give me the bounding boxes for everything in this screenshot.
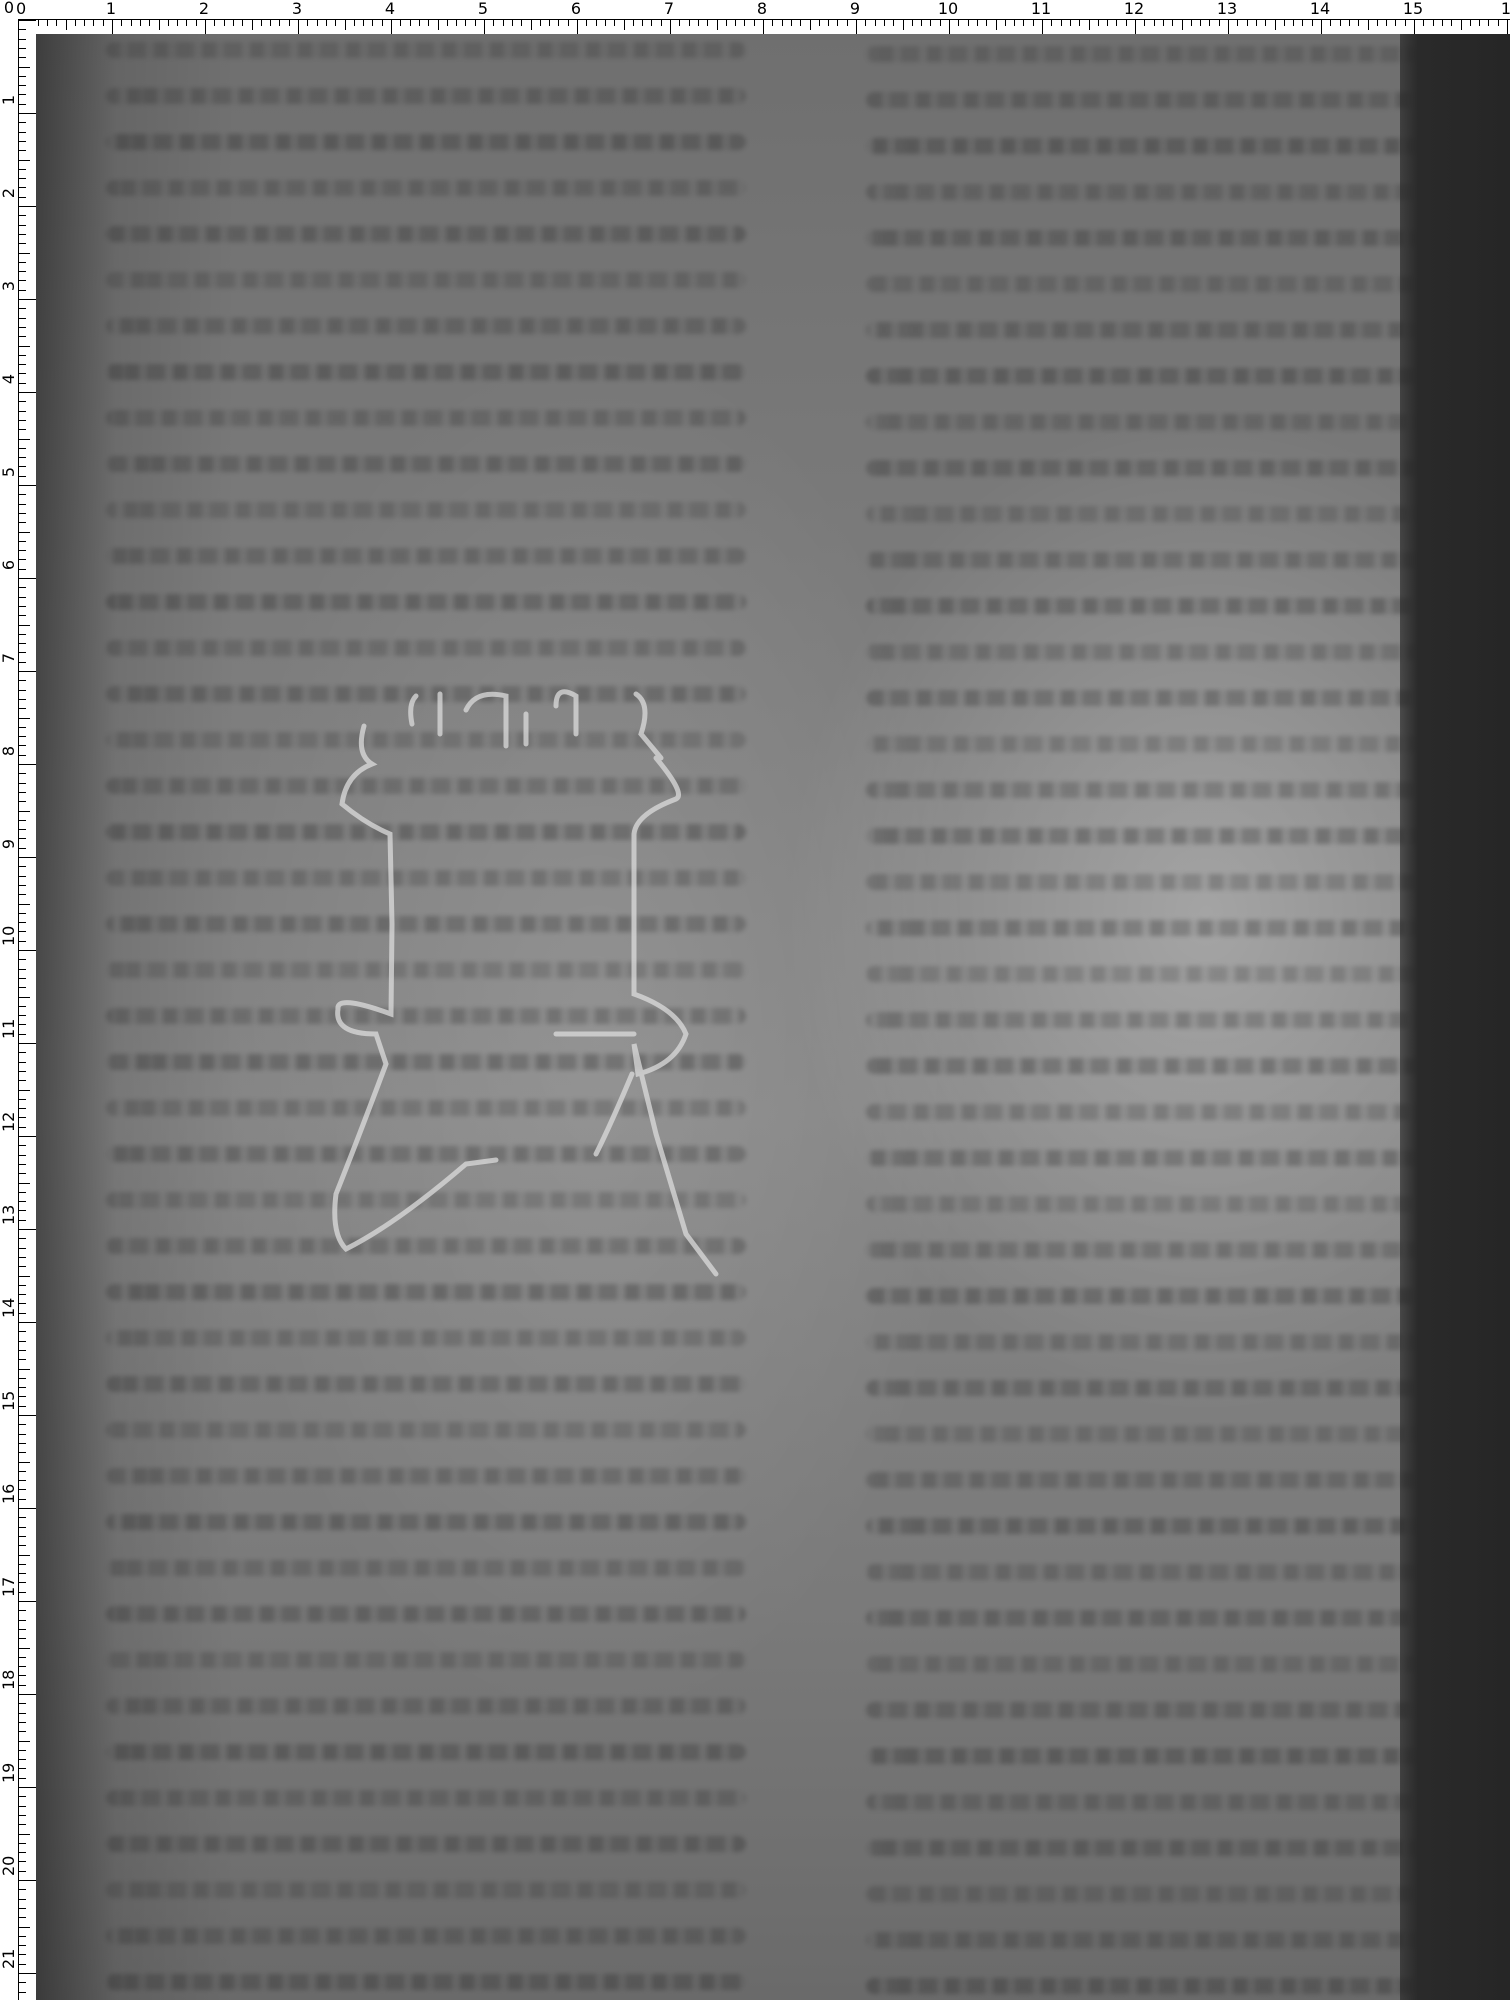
script-line — [106, 732, 746, 748]
script-line — [866, 828, 1426, 844]
ruler-tick — [19, 1750, 26, 1751]
ruler-tick — [19, 1145, 26, 1146]
ruler-tick — [19, 364, 26, 365]
ruler-tick — [19, 820, 26, 821]
ruler-tick — [1293, 20, 1294, 26]
ruler-tick — [19, 1601, 36, 1602]
ruler-tick — [19, 727, 26, 728]
script-line — [866, 322, 1426, 338]
ruler-tick — [19, 1666, 26, 1667]
ruler-tick — [19, 1536, 26, 1537]
ruler-tick — [837, 20, 838, 26]
ruler-tick — [949, 20, 950, 35]
ruler-label: 4 — [1, 370, 17, 388]
ruler-tick — [19, 745, 26, 746]
ruler-tick — [19, 1917, 26, 1918]
ruler-tick — [19, 1471, 26, 1472]
script-line — [106, 1560, 746, 1576]
ruler-tick — [121, 20, 122, 26]
ruler-tick — [19, 1192, 26, 1193]
ruler-tick — [810, 20, 811, 30]
ruler-tick — [19, 1117, 26, 1118]
ruler-tick — [19, 801, 26, 802]
ruler-tick — [19, 1331, 26, 1332]
ruler-tick — [19, 1973, 36, 1974]
ruler-tick — [19, 215, 26, 216]
ruler-tick — [19, 271, 26, 272]
ruler-tick — [19, 1462, 30, 1463]
ruler-tick — [19, 476, 26, 477]
script-line — [866, 1840, 1426, 1856]
ruler-tick — [1405, 20, 1406, 26]
ruler-tick — [19, 541, 26, 542]
ruler-tick — [19, 615, 26, 616]
ruler-tick — [735, 20, 736, 26]
script-line — [866, 460, 1426, 476]
ruler-label: 9 — [850, 0, 860, 18]
ruler-tick — [19, 941, 26, 942]
ruler-tick — [19, 857, 36, 858]
manuscript-scan — [36, 34, 1510, 2000]
ruler-tick — [689, 20, 690, 26]
ruler-tick — [19, 485, 36, 486]
script-line — [106, 134, 746, 150]
ruler-tick — [19, 1006, 26, 1007]
ruler-tick — [19, 922, 26, 923]
ruler-tick — [1433, 20, 1434, 26]
ruler-tick — [19, 383, 26, 384]
ruler-tick — [93, 20, 94, 26]
script-line — [106, 318, 746, 334]
ruler-tick — [19, 838, 26, 839]
ruler-label: 2 — [1, 184, 17, 202]
ruler-label: 5 — [1, 463, 17, 481]
ruler-tick — [19, 336, 26, 337]
script-line — [106, 870, 746, 886]
ruler-tick — [19, 1759, 26, 1760]
ruler-tick — [19, 1127, 26, 1128]
ruler-tick — [912, 20, 913, 26]
ruler-tick — [19, 1880, 36, 1881]
ruler-tick — [177, 20, 178, 26]
ruler-tick — [447, 20, 448, 26]
script-line — [106, 456, 746, 472]
ruler-tick — [1191, 20, 1192, 26]
script-line — [106, 364, 746, 380]
ruler-tick — [112, 20, 113, 35]
script-line — [106, 686, 746, 702]
ruler-tick — [568, 20, 569, 26]
ruler-tick — [363, 20, 364, 26]
ruler-label: 12 — [1, 1114, 17, 1132]
ruler-tick — [977, 20, 978, 26]
ruler-tick — [19, 1024, 26, 1025]
ruler-tick — [410, 20, 411, 26]
script-line — [106, 1376, 746, 1392]
ruler-label: 1 — [106, 0, 116, 18]
ruler-tick — [19, 718, 30, 719]
script-line — [866, 1196, 1426, 1212]
ruler-tick — [103, 20, 104, 26]
script-line — [866, 644, 1426, 660]
ruler-tick — [19, 1443, 26, 1444]
script-line — [866, 966, 1426, 982]
ruler-tick — [1172, 20, 1173, 26]
ruler-tick — [19, 876, 26, 877]
ruler-label: 18 — [1, 1672, 17, 1690]
ruler-tick — [903, 20, 904, 30]
ruler-tick — [19, 931, 26, 932]
ruler-tick — [354, 20, 355, 26]
script-line — [866, 92, 1426, 108]
ruler-tick — [1368, 20, 1369, 30]
ruler-label: 15 — [1403, 0, 1423, 18]
ruler-tick — [19, 1713, 26, 1714]
ruler-tick — [1423, 20, 1424, 26]
script-line — [106, 1422, 746, 1438]
ruler-tick — [651, 20, 652, 26]
left-ruler — [18, 19, 35, 2000]
ruler-tick — [19, 662, 26, 663]
ruler-tick — [19, 773, 26, 774]
ruler-tick — [19, 1675, 26, 1676]
ruler-label: 11 — [1031, 0, 1051, 18]
ruler-tick — [19, 1564, 26, 1565]
ruler-tick — [540, 20, 541, 26]
script-line — [866, 230, 1426, 246]
ruler-tick — [549, 20, 550, 26]
ruler-tick — [996, 20, 997, 30]
ruler-tick — [465, 20, 466, 26]
ruler-label: 6 — [1, 556, 17, 574]
ruler-tick — [56, 20, 57, 26]
ruler-tick — [419, 20, 420, 26]
ruler-tick — [345, 20, 346, 30]
ruler-tick — [19, 104, 26, 105]
ruler-tick — [1488, 20, 1489, 26]
ruler-tick — [19, 1508, 36, 1509]
ruler-tick — [800, 20, 801, 26]
ruler-tick — [1200, 20, 1201, 26]
ruler-label: 10 — [1, 928, 17, 946]
ruler-tick — [1228, 20, 1229, 35]
ruler-tick — [19, 690, 26, 691]
ruler-tick — [391, 20, 392, 35]
ruler-tick — [335, 20, 336, 26]
ruler-tick — [19, 355, 26, 356]
ruler-tick — [19, 783, 26, 784]
ruler-tick — [19, 1889, 26, 1890]
ruler-tick — [19, 1555, 30, 1556]
ruler-tick — [19, 1899, 26, 1900]
ruler-tick — [317, 20, 318, 26]
ruler-tick — [1414, 20, 1415, 35]
script-line — [866, 1058, 1426, 1074]
ruler-tick — [19, 1015, 26, 1016]
ruler-tick — [19, 1834, 30, 1835]
script-line — [866, 782, 1426, 798]
ruler-tick — [19, 160, 30, 161]
script-line — [106, 594, 746, 610]
ruler-tick — [1014, 20, 1015, 26]
script-line — [866, 1472, 1426, 1488]
ruler-tick — [19, 522, 26, 523]
ruler-tick — [1154, 20, 1155, 26]
ruler-tick — [958, 20, 959, 26]
script-line — [866, 874, 1426, 890]
ruler-label: 8 — [1, 742, 17, 760]
ruler-tick — [475, 20, 476, 26]
ruler-tick — [19, 1090, 30, 1091]
ruler-tick — [744, 20, 745, 26]
ruler-tick — [19, 1052, 26, 1053]
ruler-tick — [921, 20, 922, 26]
ruler-tick — [1070, 20, 1071, 26]
ruler-tick — [1209, 20, 1210, 26]
ruler-tick — [19, 1815, 26, 1816]
ruler-tick — [19, 1982, 26, 1983]
ruler-tick — [131, 20, 132, 26]
ruler-tick — [19, 1936, 26, 1937]
ruler-tick — [19, 429, 26, 430]
ruler-tick — [19, 559, 26, 560]
ruler-tick — [503, 20, 504, 26]
ruler-tick — [1377, 20, 1378, 26]
ruler-tick — [19, 1620, 26, 1621]
ruler-tick — [19, 950, 36, 951]
ruler-tick — [168, 20, 169, 26]
ruler-tick — [19, 253, 30, 254]
ruler-tick — [19, 373, 26, 374]
ruler-tick — [19, 959, 26, 960]
script-line — [106, 1698, 746, 1714]
ruler-tick — [19, 1378, 26, 1379]
ruler-tick — [19, 1964, 26, 1965]
ruler-tick — [19, 401, 26, 402]
ruler-tick — [19, 234, 26, 235]
ruler-tick — [19, 1573, 26, 1574]
ruler-tick — [19, 1703, 26, 1704]
ruler-tick — [19, 113, 36, 114]
script-line — [866, 1794, 1426, 1810]
ruler-label: 9 — [1, 835, 17, 853]
ruler-tick — [1051, 20, 1052, 26]
ruler-tick — [19, 67, 30, 68]
ruler-tick — [19, 150, 26, 151]
ruler-tick — [372, 20, 373, 26]
ruler-tick — [19, 625, 30, 626]
ruler-tick — [19, 699, 26, 700]
ruler-tick — [1098, 20, 1099, 26]
ruler-tick — [19, 1648, 30, 1649]
ruler-tick — [19, 1313, 26, 1314]
script-line — [866, 414, 1426, 430]
ruler-tick — [19, 1248, 26, 1249]
script-line — [106, 1330, 746, 1346]
ruler-tick — [19, 1843, 26, 1844]
ruler-tick — [19, 1071, 26, 1072]
script-line — [866, 1242, 1426, 1258]
top-ruler — [18, 19, 1510, 34]
ruler-tick — [66, 20, 67, 30]
ruler-tick — [224, 20, 225, 26]
ruler-tick — [19, 1582, 26, 1583]
ruler-tick — [19, 327, 26, 328]
ruler-tick — [19, 420, 26, 421]
ruler-label: 17 — [1, 1579, 17, 1597]
ruler-tick — [772, 20, 773, 26]
ruler-tick — [1116, 20, 1117, 26]
ruler-tick — [1284, 20, 1285, 26]
ruler-tick — [661, 20, 662, 26]
ruler-tick — [19, 904, 30, 905]
ruler-tick — [19, 1657, 26, 1658]
script-line — [866, 1702, 1426, 1718]
ruler-label: 6 — [571, 0, 581, 18]
ruler-tick — [19, 848, 26, 849]
script-line — [866, 1380, 1426, 1396]
ruler-tick — [19, 1592, 26, 1593]
ruler-tick — [1461, 20, 1462, 30]
ruler-tick — [19, 243, 26, 244]
ruler-tick — [1275, 20, 1276, 30]
ruler-label: 20 — [1, 1858, 17, 1876]
ruler-tick — [726, 20, 727, 26]
ruler-tick — [717, 20, 718, 30]
ruler-tick — [19, 290, 26, 291]
ruler-tick — [19, 122, 26, 123]
ruler-tick — [19, 1927, 30, 1928]
script-line — [106, 1744, 746, 1760]
ruler-tick — [1302, 20, 1303, 26]
ruler-tick — [1135, 20, 1136, 35]
ruler-tick — [875, 20, 876, 26]
script-line — [106, 1606, 746, 1622]
ruler-tick — [19, 1266, 26, 1267]
script-line — [866, 1288, 1426, 1304]
ruler-label: 13 — [1, 1207, 17, 1225]
ruler-tick — [19, 1629, 26, 1630]
ruler-tick — [19, 392, 36, 393]
ruler-tick — [19, 829, 26, 830]
ruler-tick — [19, 1350, 26, 1351]
ruler-label: 0 — [0, 0, 18, 16]
ruler-tick — [19, 597, 26, 598]
ruler-tick — [19, 448, 26, 449]
ruler-label: 21 — [1, 1951, 17, 1969]
ruler-label: 11 — [1, 1021, 17, 1039]
ruler-tick — [19, 792, 26, 793]
script-line — [106, 916, 746, 932]
ruler-tick — [438, 20, 439, 30]
ruler-tick — [19, 1080, 26, 1081]
ruler-tick — [289, 20, 290, 26]
ruler-tick — [19, 1480, 26, 1481]
ruler-tick — [19, 1610, 26, 1611]
ruler-tick — [19, 1406, 26, 1407]
script-line — [106, 410, 746, 426]
ruler-tick — [624, 20, 625, 30]
ruler-tick — [19, 299, 36, 300]
ruler-tick — [531, 20, 532, 30]
script-line — [106, 272, 746, 288]
ruler-tick — [19, 1731, 26, 1732]
script-line — [866, 368, 1426, 384]
script-line — [106, 1284, 746, 1300]
ruler-tick — [19, 466, 26, 467]
ruler-tick — [38, 20, 39, 26]
script-line — [866, 552, 1426, 568]
ruler-tick — [19, 1387, 26, 1388]
ruler-tick — [140, 20, 141, 26]
ruler-tick — [19, 1517, 26, 1518]
ruler-tick — [19, 1787, 36, 1788]
ruler-tick — [19, 1434, 26, 1435]
ruler-tick — [19, 439, 30, 440]
ruler-tick — [19, 318, 26, 319]
ruler-tick — [159, 20, 160, 30]
ruler-tick — [707, 20, 708, 26]
script-line — [106, 1146, 746, 1162]
ruler-tick — [19, 764, 36, 765]
ruler-tick — [19, 1257, 26, 1258]
script-line — [106, 1652, 746, 1668]
script-line — [106, 1882, 746, 1898]
ruler-tick — [19, 1861, 26, 1862]
ruler-tick — [19, 513, 26, 514]
ruler-tick — [484, 20, 485, 35]
ruler-tick — [1349, 20, 1350, 26]
script-line — [106, 1836, 746, 1852]
ruler-label: 14 — [1310, 0, 1330, 18]
ruler-tick — [19, 969, 26, 970]
ruler-tick — [1163, 20, 1164, 26]
ruler-tick — [19, 1303, 26, 1304]
ruler-tick — [19, 1238, 26, 1239]
ruler-tick — [19, 1806, 26, 1807]
ruler-tick — [456, 20, 457, 26]
ruler-tick — [19, 76, 26, 77]
ruler-tick — [19, 1489, 26, 1490]
ruler-label: 13 — [1217, 0, 1237, 18]
script-line — [106, 1468, 746, 1484]
ruler-tick — [186, 20, 187, 26]
script-line — [866, 1656, 1426, 1672]
ruler-tick — [884, 20, 885, 26]
script-line — [106, 1928, 746, 1944]
ruler-tick — [19, 606, 26, 607]
ruler-tick — [19, 978, 26, 979]
ruler-tick — [149, 20, 150, 26]
script-line — [106, 88, 746, 104]
ruler-tick — [19, 29, 26, 30]
script-line — [106, 824, 746, 840]
ruler-label: 8 — [757, 0, 767, 18]
ruler-tick — [847, 20, 848, 26]
ruler-tick — [1079, 20, 1080, 26]
script-line — [866, 598, 1426, 614]
script-line — [106, 1790, 746, 1806]
ruler-label: 19 — [1, 1765, 17, 1783]
ruler-tick — [400, 20, 401, 26]
ruler-tick — [893, 20, 894, 26]
ruler-tick — [19, 1294, 26, 1295]
ruler-tick — [75, 20, 76, 26]
ruler-tick — [19, 94, 26, 95]
ruler-tick — [261, 20, 262, 26]
script-line — [866, 1886, 1426, 1902]
ruler-tick — [1470, 20, 1471, 26]
